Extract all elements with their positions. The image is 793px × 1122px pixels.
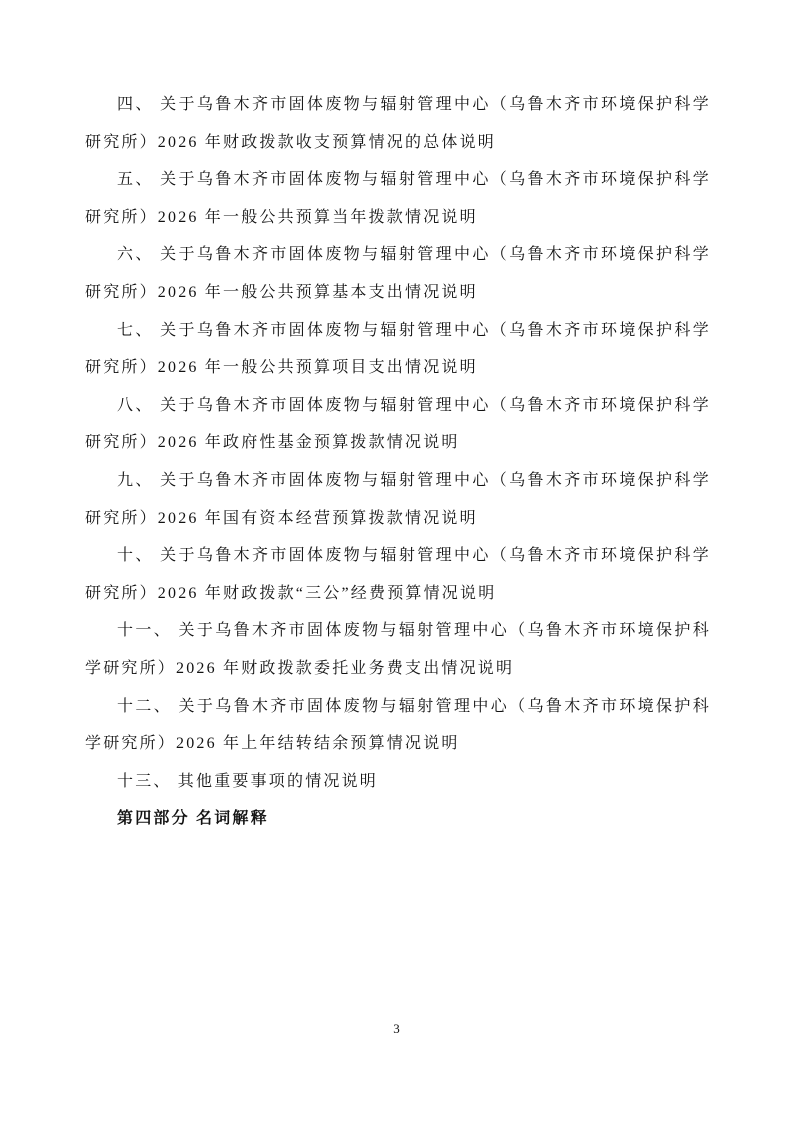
toc-item-7: 七、 关于乌鲁木齐市固体废物与辐射管理中心（乌鲁木齐市环境保护科学研究所）202… <box>85 312 711 387</box>
toc-item-8: 八、 关于乌鲁木齐市固体废物与辐射管理中心（乌鲁木齐市环境保护科学研究所）202… <box>85 387 711 462</box>
document-page: 四、 关于乌鲁木齐市固体废物与辐射管理中心（乌鲁木齐市环境保护科学研究所）202… <box>0 0 793 1122</box>
toc-list: 四、 关于乌鲁木齐市固体废物与辐射管理中心（乌鲁木齐市环境保护科学研究所）202… <box>85 86 711 838</box>
section-heading: 第四部分 名词解释 <box>85 800 711 838</box>
toc-item-11: 十一、 关于乌鲁木齐市固体废物与辐射管理中心（乌鲁木齐市环境保护科学研究所）20… <box>85 612 711 687</box>
toc-item-9: 九、 关于乌鲁木齐市固体废物与辐射管理中心（乌鲁木齐市环境保护科学研究所）202… <box>85 462 711 537</box>
toc-item-6: 六、 关于乌鲁木齐市固体废物与辐射管理中心（乌鲁木齐市环境保护科学研究所）202… <box>85 236 711 311</box>
toc-item-13: 十三、 其他重要事项的情况说明 <box>85 763 711 801</box>
toc-item-10: 十、 关于乌鲁木齐市固体废物与辐射管理中心（乌鲁木齐市环境保护科学研究所）202… <box>85 537 711 612</box>
page-number: 3 <box>0 1021 793 1037</box>
toc-item-12: 十二、 关于乌鲁木齐市固体废物与辐射管理中心（乌鲁木齐市环境保护科学研究所）20… <box>85 688 711 763</box>
toc-item-4: 四、 关于乌鲁木齐市固体废物与辐射管理中心（乌鲁木齐市环境保护科学研究所）202… <box>85 86 711 161</box>
toc-item-5: 五、 关于乌鲁木齐市固体废物与辐射管理中心（乌鲁木齐市环境保护科学研究所）202… <box>85 161 711 236</box>
